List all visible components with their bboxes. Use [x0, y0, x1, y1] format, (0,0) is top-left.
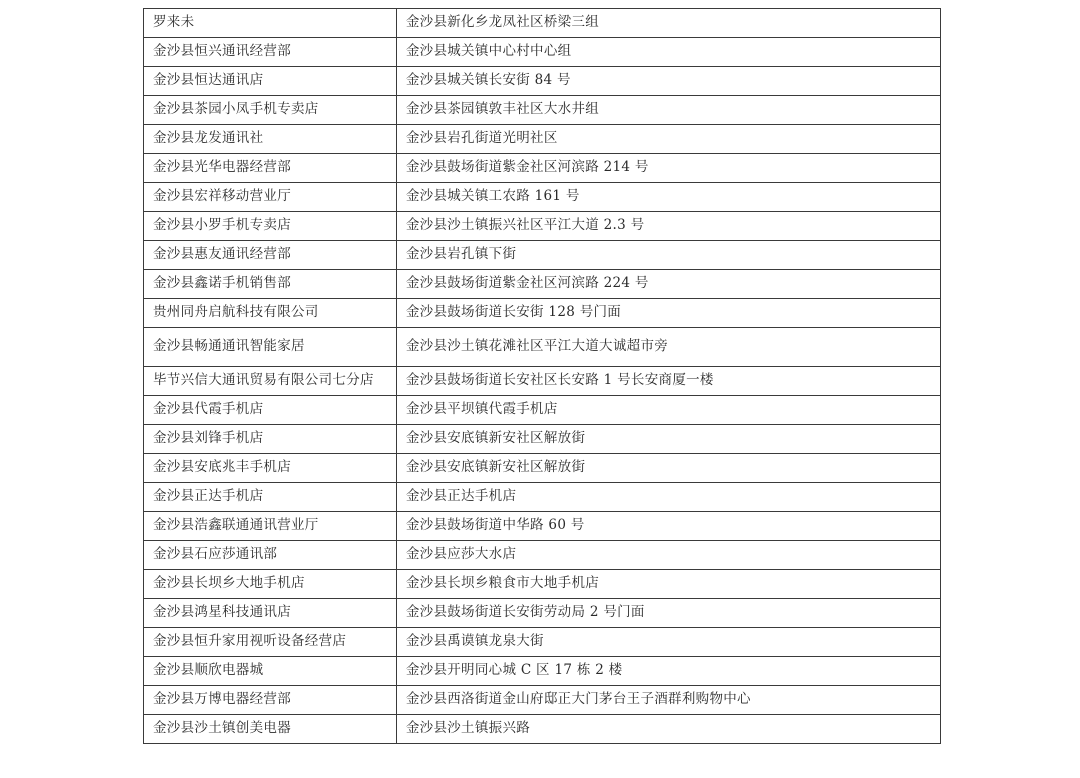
store-name-cell: 金沙县茶园小凤手机专卖店	[144, 96, 397, 125]
store-name-cell: 金沙县石应莎通讯部	[144, 541, 397, 570]
store-name-cell: 金沙县龙发通讯社	[144, 125, 397, 154]
store-name-cell: 金沙县小罗手机专卖店	[144, 212, 397, 241]
store-address-cell: 金沙县鼓场街道长安社区长安路 1 号长安商厦一楼	[396, 367, 940, 396]
store-name-cell: 金沙县沙土镇创美电器	[144, 715, 397, 744]
table-row: 金沙县沙土镇创美电器 金沙县沙土镇振兴路	[144, 715, 941, 744]
store-name-cell: 金沙县鸿星科技通讯店	[144, 599, 397, 628]
table-row: 金沙县顺欣电器城 金沙县开明同心城 C 区 17 栋 2 楼	[144, 657, 941, 686]
store-name-cell: 金沙县安底兆丰手机店	[144, 454, 397, 483]
store-address-cell: 金沙县城关镇长安街 84 号	[396, 67, 940, 96]
table-row: 金沙县龙发通讯社 金沙县岩孔街道光明社区	[144, 125, 941, 154]
store-name-cell: 贵州同舟启航科技有限公司	[144, 299, 397, 328]
store-address-cell: 金沙县鼓场街道紫金社区河滨路 224 号	[396, 270, 940, 299]
store-name-cell: 金沙县顺欣电器城	[144, 657, 397, 686]
table-row: 贵州同舟启航科技有限公司 金沙县鼓场街道长安街 128 号门面	[144, 299, 941, 328]
table-row: 金沙县鸿星科技通讯店 金沙县鼓场街道长安街劳动局 2 号门面	[144, 599, 941, 628]
table-row: 金沙县宏祥移动营业厅 金沙县城关镇工农路 161 号	[144, 183, 941, 212]
store-address-cell: 金沙县岩孔镇下街	[396, 241, 940, 270]
store-name-cell: 金沙县鑫诺手机销售部	[144, 270, 397, 299]
store-address-cell: 金沙县鼓场街道紫金社区河滨路 214 号	[396, 154, 940, 183]
store-address-cell: 金沙县西洛街道金山府邸正大门茅台王子酒群利购物中心	[396, 686, 940, 715]
table-row: 金沙县万博电器经营部 金沙县西洛街道金山府邸正大门茅台王子酒群利购物中心	[144, 686, 941, 715]
table-row: 金沙县正达手机店 金沙县正达手机店	[144, 483, 941, 512]
table-row: 金沙县石应莎通讯部 金沙县应莎大水店	[144, 541, 941, 570]
store-address-cell: 金沙县新化乡龙凤社区桥梁三组	[396, 9, 940, 38]
table-row: 金沙县刘锋手机店 金沙县安底镇新安社区解放街	[144, 425, 941, 454]
store-name-cell: 金沙县正达手机店	[144, 483, 397, 512]
table-row: 金沙县恒兴通讯经营部 金沙县城关镇中心村中心组	[144, 38, 941, 67]
table-row: 金沙县恒升家用视听设备经营店 金沙县禹谟镇龙泉大街	[144, 628, 941, 657]
table-row: 罗来未 金沙县新化乡龙凤社区桥梁三组	[144, 9, 941, 38]
table-row: 金沙县光华电器经营部 金沙县鼓场街道紫金社区河滨路 214 号	[144, 154, 941, 183]
store-name-cell: 金沙县恒达通讯店	[144, 67, 397, 96]
table-row: 金沙县小罗手机专卖店 金沙县沙土镇振兴社区平江大道 2.3 号	[144, 212, 941, 241]
table-row: 金沙县长坝乡大地手机店 金沙县长坝乡粮食市大地手机店	[144, 570, 941, 599]
table-row: 金沙县惠友通讯经营部 金沙县岩孔镇下街	[144, 241, 941, 270]
table-row: 金沙县畅通通讯智能家居 金沙县沙土镇花滩社区平江大道大诚超市旁	[144, 328, 941, 367]
store-name-cell: 金沙县代霞手机店	[144, 396, 397, 425]
store-address-cell: 金沙县城关镇工农路 161 号	[396, 183, 940, 212]
store-name-cell: 金沙县长坝乡大地手机店	[144, 570, 397, 599]
table-row: 金沙县代霞手机店 金沙县平坝镇代霞手机店	[144, 396, 941, 425]
store-address-cell: 金沙县禹谟镇龙泉大街	[396, 628, 940, 657]
store-address-cell: 金沙县沙土镇花滩社区平江大道大诚超市旁	[396, 328, 940, 367]
table-body: 罗来未 金沙县新化乡龙凤社区桥梁三组 金沙县恒兴通讯经营部 金沙县城关镇中心村中…	[144, 9, 941, 744]
store-address-table: 罗来未 金沙县新化乡龙凤社区桥梁三组 金沙县恒兴通讯经营部 金沙县城关镇中心村中…	[143, 8, 941, 744]
store-name-cell: 金沙县刘锋手机店	[144, 425, 397, 454]
store-address-cell: 金沙县平坝镇代霞手机店	[396, 396, 940, 425]
store-name-cell: 金沙县恒升家用视听设备经营店	[144, 628, 397, 657]
store-address-cell: 金沙县鼓场街道长安街 128 号门面	[396, 299, 940, 328]
store-name-cell: 毕节兴信大通讯贸易有限公司七分店	[144, 367, 397, 396]
store-name-cell: 金沙县恒兴通讯经营部	[144, 38, 397, 67]
store-address-cell: 金沙县开明同心城 C 区 17 栋 2 楼	[396, 657, 940, 686]
store-address-cell: 金沙县安底镇新安社区解放街	[396, 425, 940, 454]
table-row: 金沙县恒达通讯店 金沙县城关镇长安街 84 号	[144, 67, 941, 96]
store-address-cell: 金沙县茶园镇敦丰社区大水井组	[396, 96, 940, 125]
store-address-cell: 金沙县长坝乡粮食市大地手机店	[396, 570, 940, 599]
table-row: 毕节兴信大通讯贸易有限公司七分店 金沙县鼓场街道长安社区长安路 1 号长安商厦一…	[144, 367, 941, 396]
store-name-cell: 金沙县万博电器经营部	[144, 686, 397, 715]
store-address-cell: 金沙县安底镇新安社区解放街	[396, 454, 940, 483]
store-address-cell: 金沙县正达手机店	[396, 483, 940, 512]
store-address-cell: 金沙县城关镇中心村中心组	[396, 38, 940, 67]
table-row: 金沙县茶园小凤手机专卖店 金沙县茶园镇敦丰社区大水井组	[144, 96, 941, 125]
store-name-cell: 罗来未	[144, 9, 397, 38]
store-name-cell: 金沙县惠友通讯经营部	[144, 241, 397, 270]
store-address-cell: 金沙县应莎大水店	[396, 541, 940, 570]
store-address-cell: 金沙县岩孔街道光明社区	[396, 125, 940, 154]
store-name-cell: 金沙县浩鑫联通通讯营业厅	[144, 512, 397, 541]
table-row: 金沙县安底兆丰手机店 金沙县安底镇新安社区解放街	[144, 454, 941, 483]
store-address-cell: 金沙县沙土镇振兴路	[396, 715, 940, 744]
table-row: 金沙县鑫诺手机销售部 金沙县鼓场街道紫金社区河滨路 224 号	[144, 270, 941, 299]
store-address-cell: 金沙县鼓场街道中华路 60 号	[396, 512, 940, 541]
store-name-cell: 金沙县光华电器经营部	[144, 154, 397, 183]
store-name-cell: 金沙县畅通通讯智能家居	[144, 328, 397, 367]
store-address-cell: 金沙县鼓场街道长安街劳动局 2 号门面	[396, 599, 940, 628]
store-name-cell: 金沙县宏祥移动营业厅	[144, 183, 397, 212]
table-row: 金沙县浩鑫联通通讯营业厅 金沙县鼓场街道中华路 60 号	[144, 512, 941, 541]
store-address-cell: 金沙县沙土镇振兴社区平江大道 2.3 号	[396, 212, 940, 241]
